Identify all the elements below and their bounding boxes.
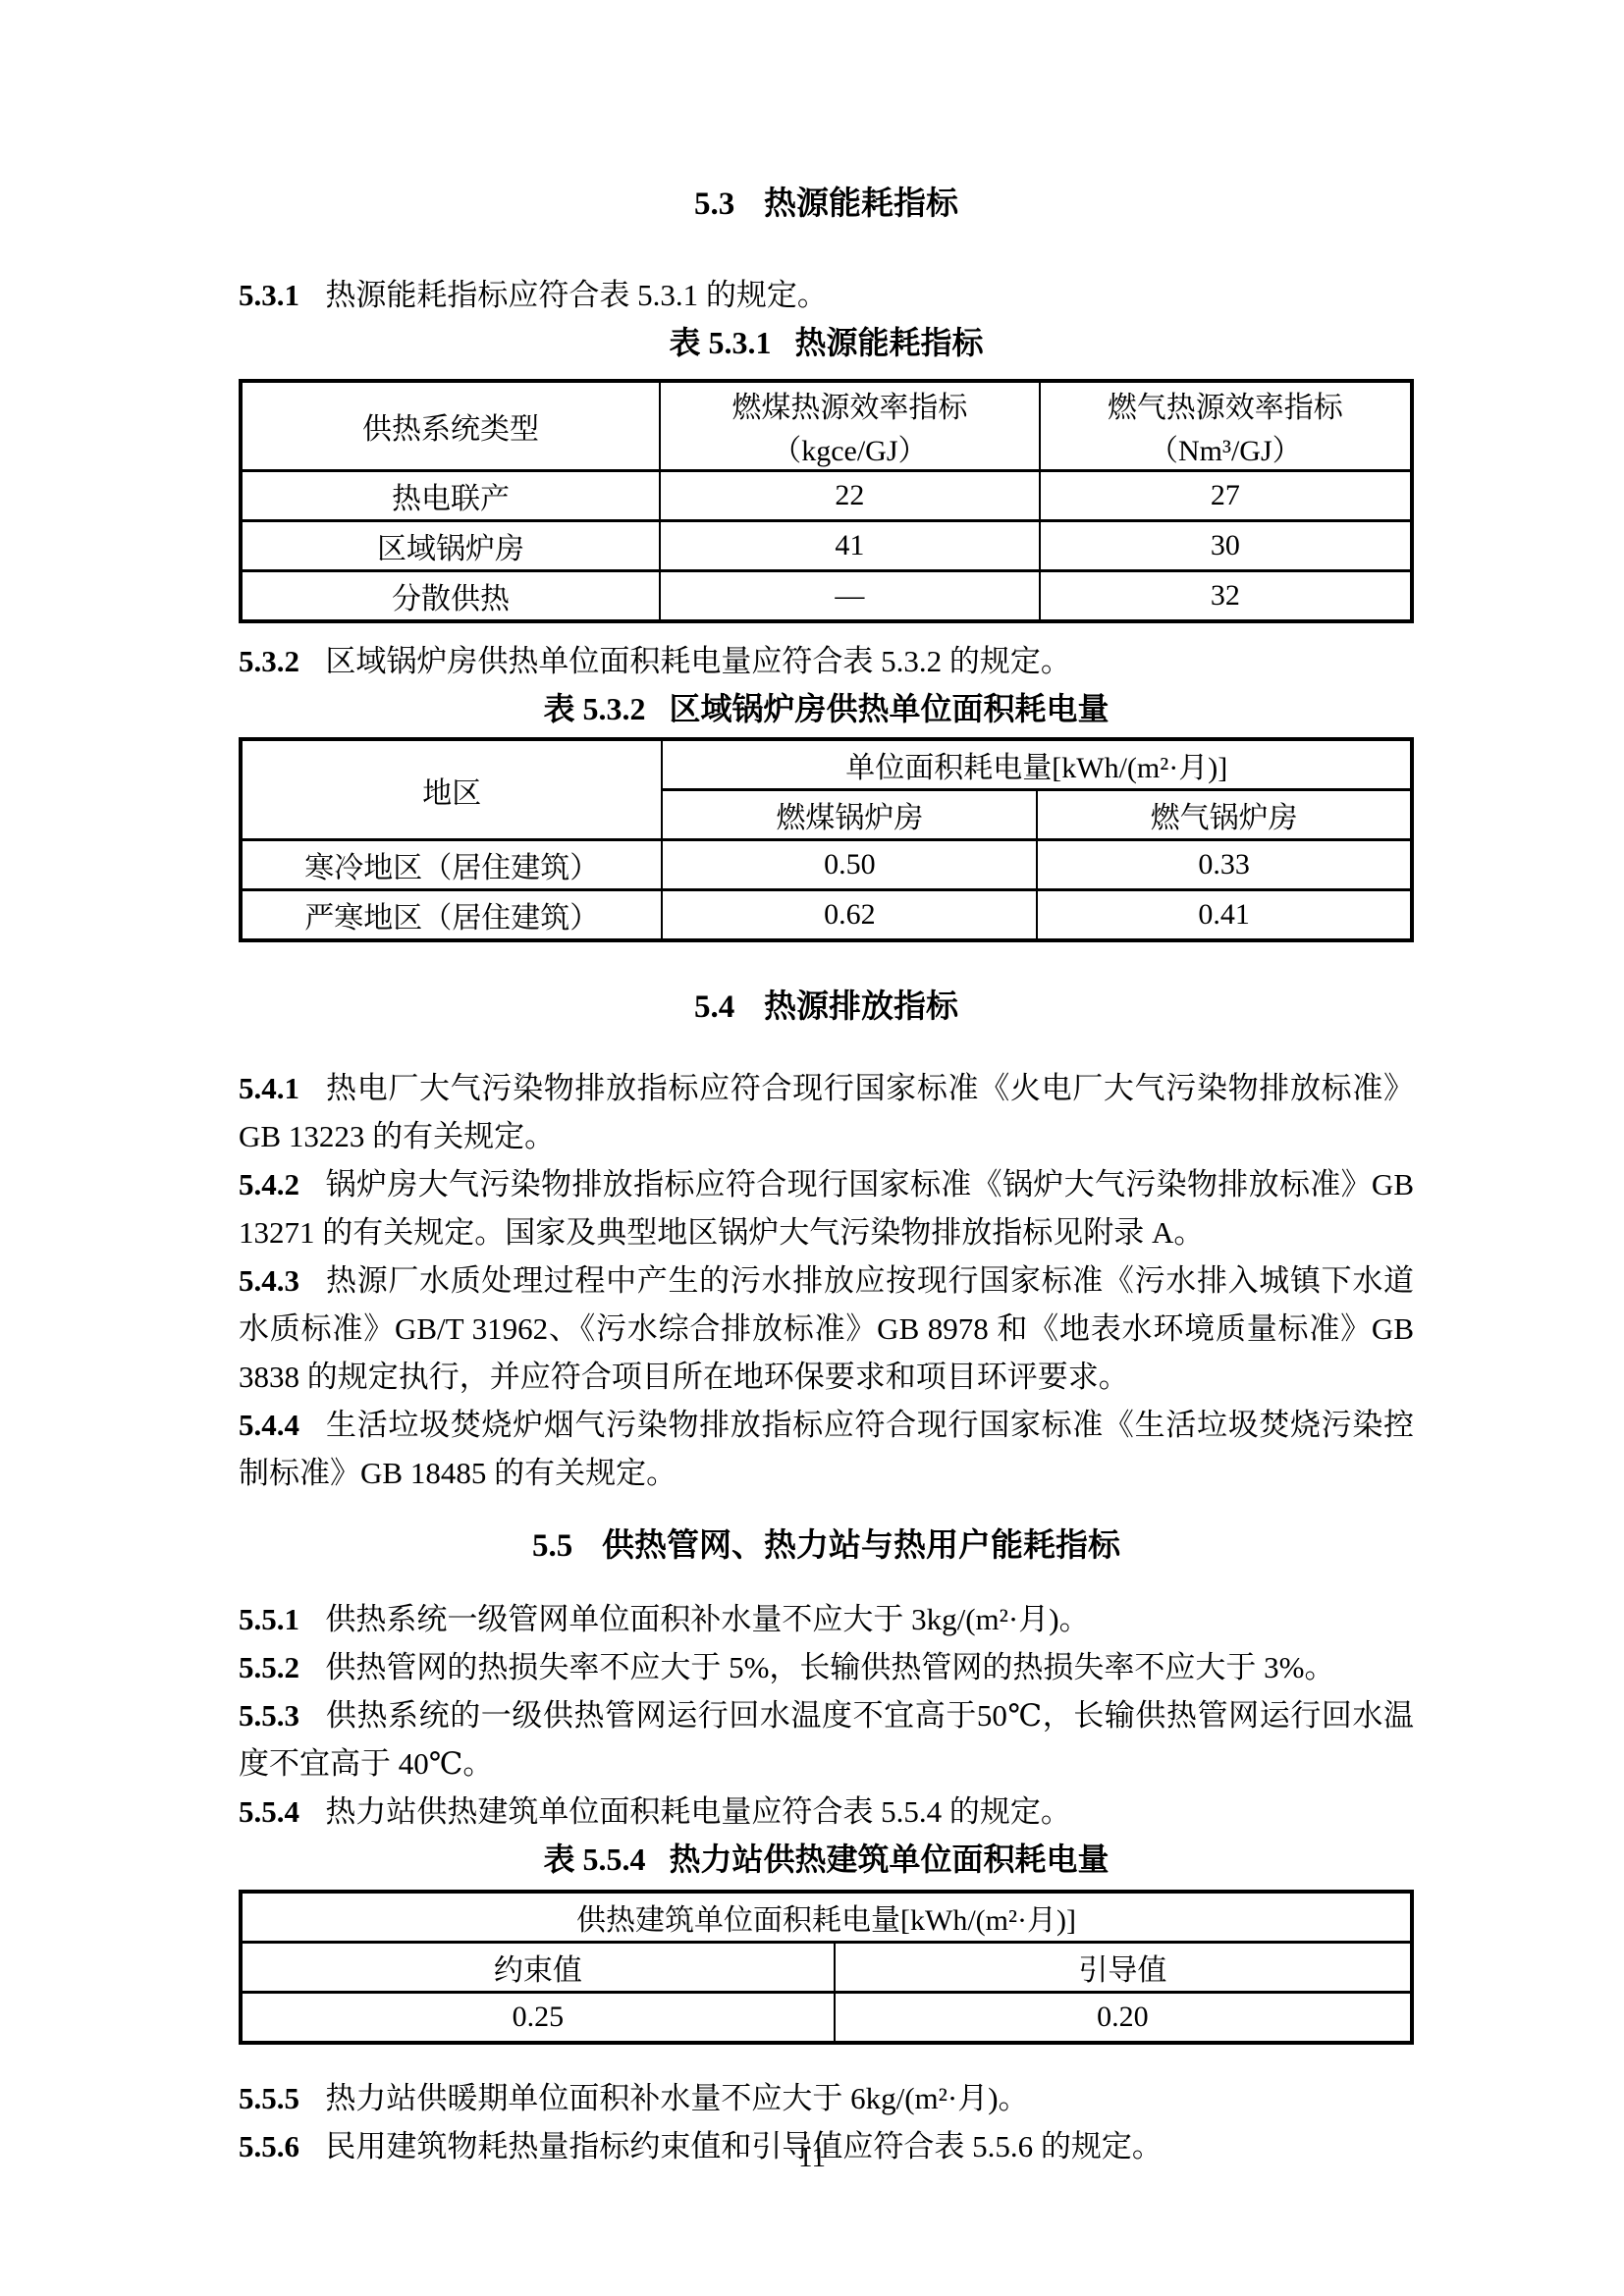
- clause-5-5-1: 5.5.1供热系统一级管网单位面积补水量不应大于 3kg/(m²·月)。: [239, 1595, 1414, 1643]
- table-cell: 27: [1040, 471, 1412, 521]
- corner-header: 地区: [241, 739, 662, 840]
- section-heading-5-4: 5.4热源排放指标: [239, 986, 1414, 1029]
- table-row: 区域锅炉房 41 30: [241, 521, 1412, 571]
- clause-number: 5.4.3: [239, 1263, 299, 1298]
- clause-text: 供热系统的一级供热管网运行回水温度不宜高于50℃，长输供热管网运行回水温度不宜高…: [239, 1698, 1414, 1781]
- clause-text: 供热管网的热损失率不应大于 5%，长输供热管网的热损失率不应大于 3%。: [325, 1650, 1334, 1684]
- table-row: 寒冷地区（居住建筑） 0.50 0.33: [241, 840, 1412, 890]
- clause-5-3-1: 5.3.1热源能耗指标应符合表 5.3.1 的规定。: [239, 271, 1414, 319]
- column-header: 燃气热源效率指标（Nm³/GJ）: [1040, 381, 1412, 471]
- table-row: 分散供热 — 32: [241, 571, 1412, 622]
- clause-number: 5.4.2: [239, 1167, 299, 1201]
- clause-5-4-3: 5.4.3热源厂水质处理过程中产生的污水排放应按现行国家标准《污水排入城镇下水道…: [239, 1256, 1414, 1401]
- table-caption-number: 表 5.5.4: [543, 1842, 645, 1877]
- table-cell: 30: [1040, 521, 1412, 571]
- section-number: 5.5: [532, 1528, 572, 1564]
- table-cell: 寒冷地区（居住建筑）: [241, 840, 662, 890]
- table-row: 0.25 0.20: [241, 1993, 1412, 2044]
- table-cell: —: [660, 571, 1040, 622]
- table-5-3-2: 地区 单位面积耗电量[kWh/(m²·月)] 燃煤锅炉房 燃气锅炉房 寒冷地区（…: [239, 737, 1414, 942]
- clause-text: 区域锅炉房供热单位面积耗电量应符合表 5.3.2 的规定。: [325, 644, 1071, 678]
- clause-number: 5.3.1: [239, 278, 299, 312]
- table-row: 热电联产 22 27: [241, 471, 1412, 521]
- clause-number: 5.4.4: [239, 1408, 299, 1442]
- page-number: 11: [0, 2142, 1624, 2174]
- table-caption-number: 表 5.3.2: [543, 691, 645, 726]
- clause-number: 5.5.5: [239, 2081, 299, 2115]
- section-title: 热源能耗指标: [764, 187, 958, 222]
- table-cell: 热电联产: [241, 471, 660, 521]
- column-header: 燃煤锅炉房: [662, 790, 1037, 840]
- table-caption-title: 热源能耗指标: [795, 325, 984, 360]
- table-caption-5-3-1: 表 5.3.1热源能耗指标: [239, 319, 1414, 367]
- clause-5-4-2: 5.4.2锅炉房大气污染物排放指标应符合现行国家标准《锅炉大气污染物排放标准》G…: [239, 1160, 1414, 1256]
- table-cell: 32: [1040, 571, 1412, 622]
- clause-text: 热源厂水质处理过程中产生的污水排放应按现行国家标准《污水排入城镇下水道水质标准》…: [239, 1263, 1414, 1394]
- table-cell: 0.41: [1037, 890, 1412, 941]
- table-cell: 0.33: [1037, 840, 1412, 890]
- clause-text: 锅炉房大气污染物排放指标应符合现行国家标准《锅炉大气污染物排放标准》GB 132…: [239, 1167, 1414, 1250]
- table-caption-5-5-4: 表 5.5.4热力站供热建筑单位面积耗电量: [239, 1836, 1414, 1884]
- clause-5-5-2: 5.5.2供热管网的热损失率不应大于 5%，长输供热管网的热损失率不应大于 3%…: [239, 1643, 1414, 1691]
- section-number: 5.4: [694, 989, 734, 1025]
- section-heading-5-3: 5.3热源能耗指标: [239, 183, 1414, 226]
- table-5-5-4: 供热建筑单位面积耗电量[kWh/(m²·月)] 约束值 引导值 0.25 0.2…: [239, 1890, 1414, 2045]
- clause-text: 热电厂大气污染物排放指标应符合现行国家标准《火电厂大气污染物排放标准》GB 13…: [239, 1071, 1414, 1153]
- table-cell: 0.25: [241, 1993, 835, 2044]
- section-title: 供热管网、热力站与热用户能耗指标: [602, 1528, 1120, 1564]
- column-header: 供热系统类型: [241, 381, 660, 471]
- table-caption-title: 热力站供热建筑单位面积耗电量: [670, 1842, 1110, 1877]
- clause-text: 供热系统一级管网单位面积补水量不应大于 3kg/(m²·月)。: [325, 1602, 1089, 1636]
- clause-number: 5.5.4: [239, 1794, 299, 1829]
- span-header: 供热建筑单位面积耗电量[kWh/(m²·月)]: [241, 1892, 1412, 1943]
- column-header: 燃煤热源效率指标（kgce/GJ）: [660, 381, 1040, 471]
- table-header-row: 供热建筑单位面积耗电量[kWh/(m²·月)]: [241, 1892, 1412, 1943]
- clause-text: 热力站供暖期单位面积补水量不应大于 6kg/(m²·月)。: [325, 2081, 1028, 2115]
- clause-5-5-4: 5.5.4热力站供热建筑单位面积耗电量应符合表 5.5.4 的规定。: [239, 1788, 1414, 1836]
- column-header: 引导值: [835, 1943, 1412, 1993]
- clause-number: 5.4.1: [239, 1071, 299, 1105]
- clause-number: 5.5.2: [239, 1650, 299, 1684]
- clause-5-4-1: 5.4.1热电厂大气污染物排放指标应符合现行国家标准《火电厂大气污染物排放标准》…: [239, 1064, 1414, 1160]
- clause-text: 热源能耗指标应符合表 5.3.1 的规定。: [325, 278, 828, 312]
- section-title: 热源排放指标: [764, 989, 958, 1025]
- table-header-row: 地区 单位面积耗电量[kWh/(m²·月)]: [241, 739, 1412, 790]
- clause-5-4-4: 5.4.4生活垃圾焚烧炉烟气污染物排放指标应符合现行国家标准《生活垃圾焚烧污染控…: [239, 1401, 1414, 1497]
- table-cell: 22: [660, 471, 1040, 521]
- table-header-row: 供热系统类型 燃煤热源效率指标（kgce/GJ） 燃气热源效率指标（Nm³/GJ…: [241, 381, 1412, 471]
- clause-text: 生活垃圾焚烧炉烟气污染物排放指标应符合现行国家标准《生活垃圾焚烧污染控制标准》G…: [239, 1408, 1414, 1490]
- clause-number: 5.3.2: [239, 644, 299, 678]
- document-content: 5.3热源能耗指标 5.3.1热源能耗指标应符合表 5.3.1 的规定。 表 5…: [239, 0, 1414, 2170]
- column-header: 燃气锅炉房: [1037, 790, 1412, 840]
- table-caption-title: 区域锅炉房供热单位面积耗电量: [670, 691, 1110, 726]
- table-caption-number: 表 5.3.1: [669, 325, 771, 360]
- table-cell: 0.20: [835, 1993, 1412, 2044]
- table-cell: 0.50: [662, 840, 1037, 890]
- clause-5-3-2: 5.3.2区域锅炉房供热单位面积耗电量应符合表 5.3.2 的规定。: [239, 637, 1414, 685]
- table-cell: 严寒地区（居住建筑）: [241, 890, 662, 941]
- table-5-3-1: 供热系统类型 燃煤热源效率指标（kgce/GJ） 燃气热源效率指标（Nm³/GJ…: [239, 379, 1414, 623]
- table-cell: 0.62: [662, 890, 1037, 941]
- clause-5-5-5: 5.5.5热力站供暖期单位面积补水量不应大于 6kg/(m²·月)。: [239, 2074, 1414, 2122]
- table-cell: 分散供热: [241, 571, 660, 622]
- table-cell: 区域锅炉房: [241, 521, 660, 571]
- clause-5-5-3: 5.5.3供热系统的一级供热管网运行回水温度不宜高于50℃，长输供热管网运行回水…: [239, 1691, 1414, 1788]
- clause-text: 热力站供热建筑单位面积耗电量应符合表 5.5.4 的规定。: [325, 1794, 1071, 1829]
- column-header: 约束值: [241, 1943, 835, 1993]
- table-row: 严寒地区（居住建筑） 0.62 0.41: [241, 890, 1412, 941]
- table-cell: 41: [660, 521, 1040, 571]
- clause-number: 5.5.3: [239, 1698, 299, 1733]
- span-header: 单位面积耗电量[kWh/(m²·月)]: [662, 739, 1412, 790]
- clause-number: 5.5.1: [239, 1602, 299, 1636]
- section-number: 5.3: [694, 187, 734, 222]
- section-heading-5-5: 5.5供热管网、热力站与热用户能耗指标: [239, 1524, 1414, 1568]
- table-caption-5-3-2: 表 5.3.2区域锅炉房供热单位面积耗电量: [239, 685, 1414, 733]
- table-subheader-row: 约束值 引导值: [241, 1943, 1412, 1993]
